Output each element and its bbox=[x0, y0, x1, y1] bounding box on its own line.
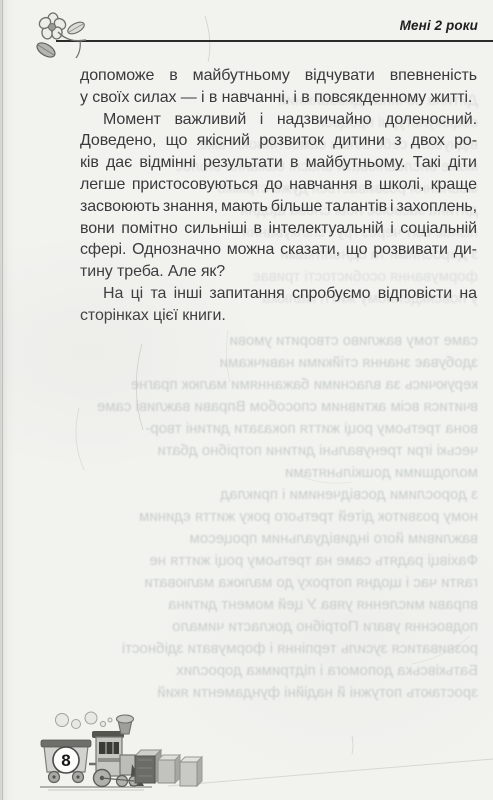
page-number: 8 bbox=[61, 751, 70, 770]
text-line: вонипомітносильнішівінтелектуальнійісоці… bbox=[80, 218, 477, 240]
train-illustration: 8 bbox=[34, 708, 264, 800]
flower-icon bbox=[30, 8, 94, 60]
ghost-text-line: саме тому важливо створити умови bbox=[78, 330, 478, 352]
ghost-text-line: Фахівці радять саме на третьому році жит… bbox=[78, 550, 478, 572]
ghost-text-line: керуючись за власними бажаннями малюк пр… bbox=[78, 374, 478, 396]
text-line: допоможевмайбутньомувідчувативпевненість bbox=[80, 65, 477, 87]
ghost-text-line: ному розвиток дітей третього року життя … bbox=[78, 506, 478, 528]
scanned-book-page: { "header": { "title": "Мені 2 роки" }, … bbox=[0, 0, 493, 800]
ghost-text-line: молодшими дошкільнятами bbox=[78, 462, 478, 484]
smoke-icon bbox=[56, 712, 113, 729]
ghost-text-line: гаяти час і щодня потроху до малюка малю… bbox=[78, 572, 478, 594]
toy-blocks-icon bbox=[135, 750, 202, 786]
ghost-text-line: з дорослими досвідченими і приклад bbox=[78, 484, 478, 506]
ghost-text-line: Батьківська допомога і підтримка доросли… bbox=[78, 660, 478, 682]
ghost-text-line: розвиватися зусиль терпіння і формувати … bbox=[78, 638, 478, 660]
text-line: засвоюютьзнання,маютьбільшеталантівізахо… bbox=[80, 196, 477, 218]
ghost-text-line: вчитися всім активним способом Вправи ва… bbox=[78, 396, 478, 418]
header-rule bbox=[56, 40, 493, 42]
page-number-wagon: 8 bbox=[41, 740, 98, 783]
track-line bbox=[40, 787, 152, 790]
text-line: легшепристосовуютьсядонавчаннявшколі,кра… bbox=[80, 174, 477, 196]
text-line: Доведено,щоякіснийрозвитокдитиниздвохро- bbox=[80, 130, 477, 152]
body-text: допоможевмайбутньомувідчувативпевненість… bbox=[80, 65, 477, 327]
running-header-title: Мені 2 роки bbox=[400, 18, 478, 33]
page-number-badge: 8 bbox=[53, 747, 79, 773]
showthrough-text-lower: саме тому важливо створити умовиздобуває… bbox=[78, 330, 478, 704]
ghost-text-line: важливим його індивідуальним процесом bbox=[78, 528, 478, 550]
ghost-text-line: подвоєння уваги Потрібно докласти чимало bbox=[78, 616, 478, 638]
text-line: сфері.Однозначноможнасказати,щорозвивати… bbox=[80, 239, 477, 261]
ghost-text-line: зростають потужні й надійні фундаменти я… bbox=[78, 682, 478, 704]
text-line: Націтаіншізапитанняспробуємовідповістина bbox=[80, 283, 477, 305]
ghost-text-line: вона третьому році життя показати дитині… bbox=[78, 418, 478, 440]
text-line: Моментважливийінадзвичайнодоленосний. bbox=[80, 109, 477, 131]
text-line: ківдаєвідміннірезультативмайбутньому.Так… bbox=[80, 152, 477, 174]
scan-edge-line bbox=[2, 0, 3, 800]
text-line: тину треба. Але як? bbox=[80, 261, 477, 283]
text-line: у своїх силах — і в навчанні, і в повсяк… bbox=[80, 87, 477, 109]
ghost-text-line: чеські ігри тренувальні дитини потрібно … bbox=[78, 440, 478, 462]
text-line: сторінках цієї книги. bbox=[80, 305, 477, 327]
ghost-text-line: вправи мислення уява У цей момент дитина bbox=[78, 594, 478, 616]
ghost-text-line: здобуває знання стійкими навичками bbox=[78, 352, 478, 374]
